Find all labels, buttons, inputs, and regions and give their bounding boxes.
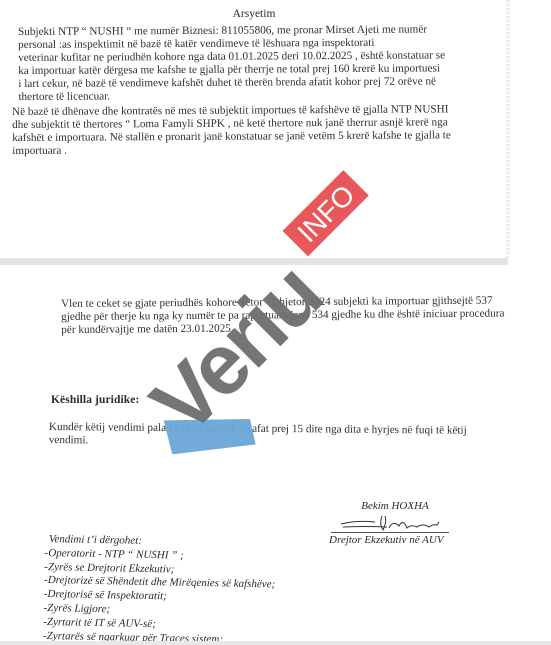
page-scan-edge bbox=[506, 0, 510, 258]
signatory-name: Bekim HOXHA bbox=[333, 500, 457, 512]
legal-advice-heading: Këshilla juridike: bbox=[51, 394, 139, 406]
text-line: importuara . bbox=[12, 142, 482, 158]
paragraph-subject-details: Subjekti NTP “ NUSHI “ me numër Biznesi:… bbox=[18, 23, 488, 104]
section-title-arsyetim: Arsyetim bbox=[0, 8, 508, 20]
text-line: thertore të licencuar. bbox=[18, 89, 488, 105]
signatory-role: Drejtor Ekzekutiv në AUV bbox=[329, 534, 457, 546]
paragraph-appeal-right: Kundër këtij vendimi pala ka drejt ankes… bbox=[49, 421, 509, 451]
paragraph-contract-findings: Në bazë të dhënave dhe kontratës në mes … bbox=[12, 103, 482, 158]
document-page-1: Arsyetim Subjekti NTP “ NUSHI “ me numër… bbox=[0, 0, 508, 258]
paragraph-import-period: Vlen te ceket se gjate periudhës kohore … bbox=[61, 294, 521, 337]
distribution-list: Vendimi t’i dërgohet: -Operatorit - NTP … bbox=[43, 533, 276, 645]
signature-line bbox=[331, 532, 449, 533]
handwritten-signature-icon bbox=[327, 514, 457, 532]
bottom-scrollbar-track bbox=[0, 641, 551, 645]
signature-block: Bekim HOXHA Drejtor Ekzekutiv në AUV bbox=[327, 500, 457, 546]
